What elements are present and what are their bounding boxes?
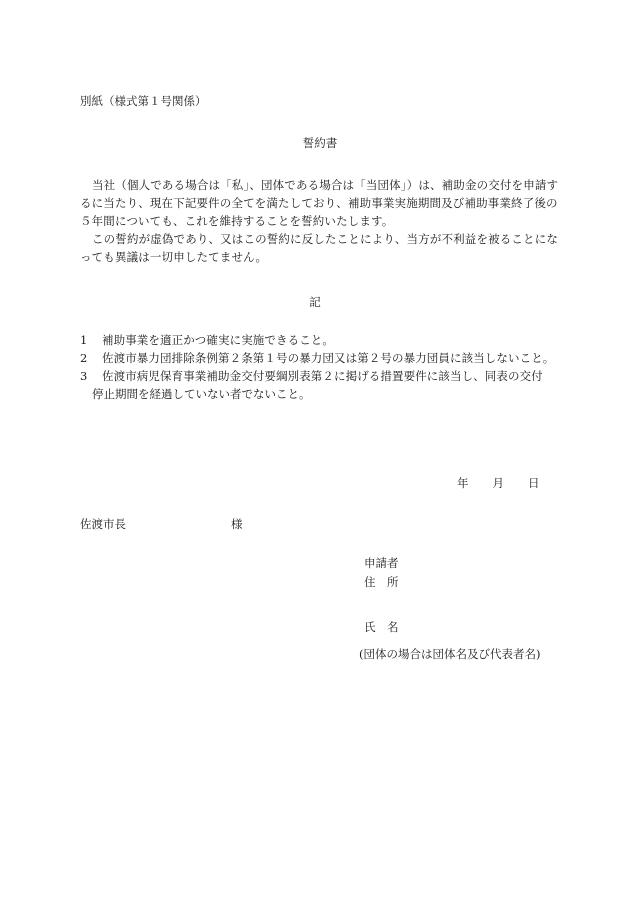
form-reference-note: 別紙（様式第１号関係） [80,92,207,110]
pledge-paragraph-2: この誓約が虚偽であり、又はこの誓約に反したことにより、当方が不利益を被ることにな… [80,230,560,266]
requirement-item-3: 3 佐渡市病児保育事業補助金交付要綱別表第２に掲げる措置要件に該当し、同表の交付 [80,367,570,385]
addressee-line: 佐渡市長様 [80,515,243,533]
applicant-heading: 申請者 [364,554,399,572]
requirement-text: 佐渡市病児保育事業補助金交付要綱別表第２に掲げる措置要件に該当し、同表の交付 [102,367,570,385]
address-label: 住 所 [364,573,399,591]
month-label: 月 [493,474,505,492]
requirement-item-1: 1 補助事業を適正かつ確実に実施できること。 [80,331,570,349]
requirement-number: 2 [80,349,102,367]
requirement-text: 補助事業を適正かつ確実に実施できること。 [102,331,570,349]
addressee-honorific: 様 [231,517,243,531]
day-label: 日 [528,474,540,492]
requirements-list: 1 補助事業を適正かつ確実に実施できること。 2 佐渡市暴力団排除条例第２条第１… [80,331,570,403]
name-label: 氏 名 [364,618,399,636]
document-title: 誓約書 [0,134,630,152]
pledge-paragraph-1: 当社（個人である場合は「私」、団体である場合は「当団体」）は、補助金の交付を申請… [80,176,560,230]
year-label: 年 [457,474,469,492]
date-line: 年月日 [457,474,540,492]
ki-heading: 記 [0,293,630,311]
addressee-name: 佐渡市長 [80,517,126,531]
requirement-number: 3 [80,367,102,385]
requirement-item-3-continuation: 停止期間を経過していない者でないこと。 [80,385,570,403]
requirement-text: 佐渡市暴力団排除条例第２条第１号の暴力団又は第２号の暴力団員に該当しないこと。 [102,349,570,367]
requirement-number: 1 [80,331,102,349]
organization-name-note: (団体の場合は団体名及び代表者名) [359,645,540,663]
requirement-item-2: 2 佐渡市暴力団排除条例第２条第１号の暴力団又は第２号の暴力団員に該当しないこと… [80,349,570,367]
